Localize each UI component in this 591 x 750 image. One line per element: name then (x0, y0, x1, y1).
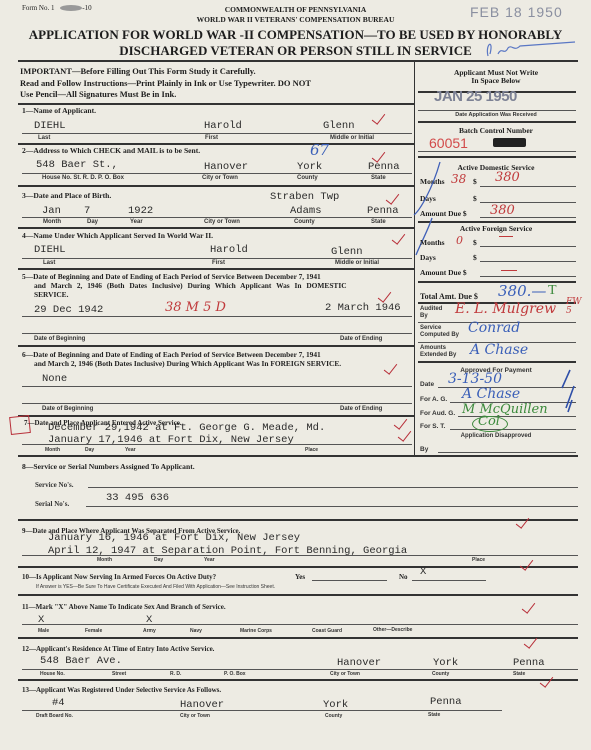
section11-top-rule (18, 594, 578, 596)
birth-day[interactable]: 7 (84, 205, 90, 217)
label-year: Year (125, 447, 136, 453)
foreign-due-dash (501, 270, 517, 271)
instructions-line2: Read and Follow Instructions—Print Plain… (20, 78, 311, 88)
for-st-line (450, 429, 576, 430)
initials-signature-icon (480, 36, 580, 60)
option-other[interactable]: Other—Describe (373, 627, 412, 633)
batch-number: 60051 (429, 135, 468, 151)
label-year: Year (130, 219, 143, 225)
label-last: Last (38, 135, 50, 141)
foreign-months-line (480, 246, 576, 247)
batch-label: Batch Control Number (416, 126, 576, 135)
option-coast-guard[interactable]: Coast Guard (312, 628, 342, 634)
section3-line (22, 217, 412, 218)
total-due-value: 380.— (498, 282, 546, 300)
domestic-months-line (480, 186, 576, 187)
served-name-middle[interactable]: Glenn (331, 246, 363, 258)
label-city: City or Town (330, 671, 360, 677)
section5-line1 (22, 316, 412, 317)
audited-margin-note: FW5 (566, 298, 582, 316)
section5-title-1: 5—Date of Beginning and Date of Ending o… (22, 272, 321, 281)
foreign-days-line (480, 261, 576, 262)
label-middle: Middle or Initial (335, 260, 379, 266)
label-first: First (205, 135, 218, 141)
section5-title-3: SERVICE. (34, 290, 68, 299)
section1-title: 1—Name of Applicant. (22, 106, 96, 115)
foreign-due-label: Amount Due $ (420, 268, 467, 277)
checkmark-icon (372, 108, 386, 124)
label-date-beginning: Date of Beginning (42, 406, 93, 412)
for-st-loop-mark (472, 416, 508, 432)
residence-city[interactable]: Hanover (337, 657, 381, 669)
received-label: Date Application Was Received (416, 112, 576, 118)
section13-title: 13—Applicant Was Registered Under Select… (22, 686, 221, 694)
section5-title-2: and March 2, 1946 (Both Dates Inclusive)… (34, 281, 347, 290)
draft-board-no[interactable]: #4 (52, 697, 65, 709)
birth-year[interactable]: 1922 (128, 205, 153, 217)
label-first: First (212, 260, 225, 266)
label-state: State (371, 219, 386, 225)
label-rd: R. D. (170, 671, 181, 677)
office-received-line (418, 110, 576, 111)
received-stamp-feb: FEB 18 1950 (470, 4, 563, 20)
total-due-label: Total Amt. Due $ (420, 292, 478, 301)
address-county[interactable]: York (297, 161, 322, 173)
foreign-service-title: Active Foreign Service (416, 224, 576, 233)
domestic-days-dollar: $ (473, 194, 477, 203)
section12-top-rule (18, 637, 578, 639)
label-city: City or Town (180, 713, 210, 719)
option-male[interactable]: Male (38, 628, 49, 634)
label-place: Place (305, 447, 318, 453)
entered-service-line1[interactable]: December 29,1942 at Ft. George G. Meade,… (48, 422, 325, 434)
domestic-months-dollar: $ (473, 177, 477, 186)
option-female[interactable]: Female (85, 628, 102, 634)
foreign-days-dollar: $ (473, 253, 477, 262)
section2-title: 2—Address to Which CHECK and MAIL is to … (22, 146, 200, 155)
label-date-ending: Date of Ending (340, 336, 382, 342)
label-place: Place (472, 557, 485, 563)
section2-top-rule (18, 143, 414, 145)
active-duty-yes-line[interactable] (312, 580, 387, 581)
service-no-label: Service No's. (35, 481, 74, 489)
section1-line (22, 133, 412, 134)
disapproved-title: Application Disapproved (416, 433, 576, 439)
label-last: Last (43, 260, 55, 266)
label-state: State (513, 671, 525, 677)
foreign-months-label: Months (420, 238, 445, 247)
residence-street[interactable]: 548 Baer Ave. (40, 655, 122, 667)
domestic-begin-date[interactable]: 29 Dec 1942 (34, 304, 103, 316)
checkmark-icon (386, 188, 400, 204)
checkmark-icon (524, 632, 538, 648)
option-army[interactable]: Army (143, 628, 156, 634)
section12-line (22, 669, 578, 670)
label-month: Month (97, 557, 112, 563)
label-year: Year (204, 557, 215, 563)
approval-date-value: 3-13-50 (448, 371, 502, 387)
label-day: Day (85, 447, 94, 453)
section1-top-rule (18, 103, 414, 105)
extended-signature: A Chase (470, 342, 528, 358)
important-notice: IMPORTANT—Before Filling Out This Form S… (20, 66, 256, 76)
label-draft-board: Draft Board No. (36, 713, 73, 719)
section4-line (22, 258, 412, 259)
section3-top-rule (18, 185, 414, 187)
section7-line (22, 444, 412, 445)
label-city: City or Town (202, 175, 238, 181)
label-county: County (325, 713, 342, 719)
address-street[interactable]: 548 Baer St., (36, 159, 118, 171)
checkmark-icon (540, 671, 554, 687)
section6-line1 (22, 386, 412, 387)
office-rule (418, 156, 576, 158)
header-rule (18, 60, 578, 62)
office-heading-2: In Space Below (416, 76, 576, 85)
birth-county[interactable]: Adams (290, 205, 322, 217)
for-st-label: For S. T. (420, 423, 445, 430)
foreign-days-label: Days (420, 253, 436, 262)
foreign-months-dollar: $ (473, 238, 477, 247)
section6-line2 (22, 403, 412, 404)
label-state: State (371, 175, 386, 181)
foreign-due-line (480, 276, 576, 277)
section6-title-2: and March 2, 1946 (Both Dates Inclusive)… (34, 359, 341, 368)
audited-label: Audited By (420, 306, 442, 320)
foreign-begin-date[interactable]: None (42, 373, 67, 385)
label-month: Month (43, 219, 61, 225)
audited-signature: E. L. Mulgrew (455, 301, 556, 317)
option-navy[interactable]: Navy (190, 628, 202, 634)
section11-title: 11—Mark "X" Above Name To Indicate Sex A… (22, 603, 226, 611)
computed-signature: Conrad (468, 320, 520, 336)
for-ag-label: For A. G. (420, 396, 447, 403)
address-state[interactable]: Penna (368, 161, 400, 173)
office-batch-line (418, 151, 576, 152)
section3-title: 3—Date and Place of Birth. (22, 191, 111, 200)
blue-tally-marks-icon (556, 368, 576, 418)
by-line (438, 452, 576, 453)
label-day: Day (154, 557, 163, 563)
by-label: By (420, 446, 428, 453)
domestic-duration-note: 38 M 5 D (165, 300, 226, 315)
service-no-line[interactable] (88, 487, 578, 488)
received-stamp-jan: JAN 25 1950 (434, 88, 517, 105)
label-state: State (428, 712, 440, 718)
name-last[interactable]: DIEHL (34, 120, 66, 132)
for-ag-signature: A Chase (462, 386, 520, 402)
checkmark-icon (398, 425, 412, 441)
section4-top-rule (18, 227, 414, 229)
served-name-first[interactable]: Harold (210, 244, 248, 256)
domestic-months-amount: 380 (495, 170, 520, 185)
label-day: Day (87, 219, 98, 225)
instructions-line3: Use Pencil—All Signatures Must Be in Ink… (20, 89, 176, 99)
checkmark-icon (516, 512, 530, 528)
residence-state[interactable]: Penna (513, 657, 545, 669)
extended-label: Amounts Extended By (420, 345, 458, 359)
section13-line (22, 710, 502, 711)
separated-line1[interactable]: January 16, 1946 at Fort Dix, New Jersey (48, 532, 300, 544)
checkmark-icon (384, 358, 398, 374)
active-duty-no-line (412, 580, 486, 581)
address-city[interactable]: Hanover (204, 161, 248, 173)
section7-top-rule (18, 415, 414, 417)
office-rule (418, 121, 576, 123)
checkmark-icon (522, 597, 536, 613)
checkmark-icon (372, 146, 386, 162)
office-rule (418, 361, 576, 363)
option-marine-corps[interactable]: Marine Corps (240, 628, 272, 634)
section11-line (22, 624, 578, 625)
checkmark-icon (392, 228, 406, 244)
section10-title: 10—Is Applicant Now Serving In Armed For… (22, 573, 216, 581)
residence-county[interactable]: York (433, 657, 458, 669)
section10-top-rule (18, 566, 578, 568)
label-month: Month (45, 447, 60, 453)
name-first[interactable]: Harold (204, 120, 242, 132)
label-county: County (294, 219, 315, 225)
section9-line (22, 555, 578, 556)
served-name-last[interactable]: DIEHL (34, 244, 66, 256)
section12-title: 12—Applicant's Residence At Time of Entr… (22, 645, 214, 653)
foreign-months-dash (499, 236, 513, 237)
serial-no-line (86, 506, 578, 507)
domestic-due-value: 380 (490, 203, 515, 218)
batch-redaction (493, 138, 526, 147)
section4-title: 4—Name Under Which Applicant Served In W… (22, 231, 213, 240)
computed-label: Service Computed By (420, 325, 460, 339)
section5-top-rule (18, 268, 414, 270)
total-due-green-mark: T (548, 283, 557, 299)
active-duty-no-label: No (399, 573, 408, 581)
section9-top-rule (18, 519, 578, 521)
active-duty-no-value[interactable]: X (420, 566, 426, 578)
label-house: House No. St. R. D. P. O. Box (42, 175, 124, 181)
approval-date-label: Date (420, 381, 434, 388)
birth-month[interactable]: Jan (42, 205, 61, 217)
name-middle[interactable]: Glenn (323, 120, 355, 132)
label-date-ending: Date of Ending (340, 406, 382, 412)
birth-state[interactable]: Penna (367, 205, 399, 217)
foreign-months-value: 0 (456, 234, 463, 247)
serial-no-label: Serial No's. (35, 500, 69, 508)
label-county: County (432, 671, 449, 677)
address-handwritten-note: 67 (310, 141, 329, 159)
section8-title: 8—Service or Serial Numbers Assigned To … (22, 462, 195, 471)
section6-title-1: 6—Date of Beginning and Date of Ending o… (22, 350, 321, 359)
label-po-box: P. O. Box (224, 671, 246, 677)
section5-line2 (22, 333, 412, 334)
serial-no-value[interactable]: 33 495 636 (106, 492, 169, 504)
draft-board-state[interactable]: Penna (430, 696, 462, 708)
active-duty-yes-label: Yes (295, 573, 305, 581)
for-aud-signature: M McQuillen (462, 402, 548, 417)
label-house: House No. (40, 671, 65, 677)
checkmark-icon (520, 554, 534, 570)
checkmark-icon (378, 286, 392, 302)
label-county: County (297, 175, 318, 181)
label-city: City or Town (204, 219, 240, 225)
section2-line (22, 173, 412, 174)
active-duty-note: If Answer is YES—Be Sure To Have Certifi… (36, 584, 275, 590)
label-street: Street (112, 671, 126, 677)
domestic-months-value: 38 (451, 172, 466, 186)
section6-top-rule (18, 345, 414, 347)
label-date-beginning: Date of Beginning (34, 336, 85, 342)
section13-top-rule (18, 679, 578, 681)
for-aud-label: For Aud. G. (420, 410, 455, 417)
birth-city[interactable]: Straben Twp (270, 191, 339, 203)
label-middle: Middle or Initial (330, 135, 374, 141)
section8-top-rule (18, 455, 578, 457)
domestic-end-date[interactable]: 2 March 1946 (325, 302, 401, 314)
